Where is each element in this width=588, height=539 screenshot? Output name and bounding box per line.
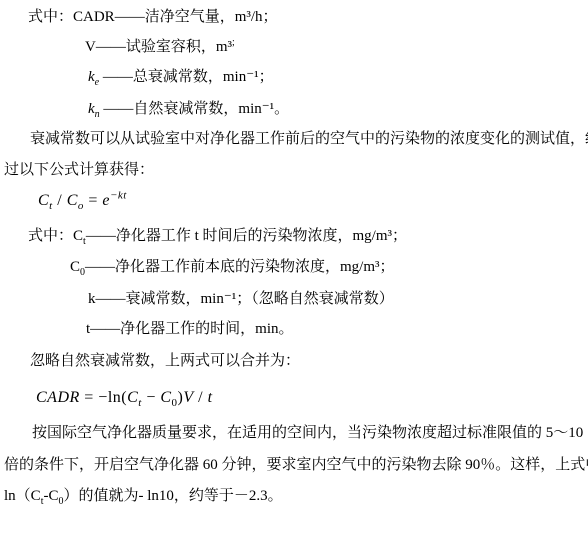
def-desc: ——试验室容积，m³ (96, 39, 232, 55)
def-prefix: 式中： (28, 9, 73, 25)
text-segment: ）的值就为- ln10，约等于－2.3。 (63, 488, 282, 504)
def-desc: ——净化器工作前本底的污染物浓度，mg/m³； (85, 259, 395, 275)
formula-var: t (208, 389, 213, 406)
def-desc: ——净化器工作的时间，min。 (90, 321, 293, 337)
def-prefix: 式中： (28, 228, 73, 244)
formula-operator: / (53, 192, 67, 209)
paragraph-standard-line3: ln（Ct-C0）的值就为- ln10，约等于－2.3。 (4, 485, 283, 507)
def-term: CADR (73, 9, 115, 25)
def-desc: ——自然衰减常数，min⁻¹。 (100, 101, 290, 117)
formula-operator: − (142, 389, 161, 406)
formula-var: C (38, 192, 49, 209)
definition-t: t——净化器工作的时间，min。 (86, 318, 294, 340)
def-desc: ——衰减常数，min⁻¹；（忽略自然衰减常数） (96, 291, 394, 307)
formula-operator: = (84, 192, 103, 209)
def-term: V (85, 39, 96, 55)
def-term: k (88, 101, 95, 117)
definition-v: V——试验室容积，m³; (85, 36, 235, 58)
definition-kn: kn ——自然衰减常数，min⁻¹。 (88, 98, 289, 120)
text-segment: ln（C (4, 488, 41, 504)
definition-ct: 式中：Ct——净化器工作 t 时间后的污染物浓度，mg/m³； (28, 225, 407, 247)
paragraph-decay-line1: 衰减常数可以从试验室中对净化器工作前后的空气中的污染物的浓度变化的测试值，经 (30, 128, 588, 150)
formula-var: C (160, 389, 171, 406)
def-desc: ——总衰减常数，min⁻¹； (99, 69, 274, 85)
definition-ke: ke ——总衰减常数，min⁻¹； (88, 66, 274, 88)
formula-var: CADR (36, 389, 80, 406)
formula-var: C (127, 389, 138, 406)
definition-c0: C0——净化器工作前本底的污染物浓度，mg/m³； (70, 256, 395, 278)
formula-operator: = −ln( (80, 389, 127, 406)
def-desc-superscript: ; (232, 37, 235, 48)
formula-var: V (183, 389, 193, 406)
def-term: C (70, 259, 80, 275)
def-term: C (73, 228, 83, 244)
formula-var: C (67, 192, 78, 209)
def-desc: ——洁净空气量，m³/h； (115, 9, 278, 25)
def-desc: ——净化器工作 t 时间后的污染物浓度，mg/m³； (86, 228, 407, 244)
paragraph-decay-line2: 过以下公式计算获得： (4, 159, 154, 181)
def-term: k (88, 69, 95, 85)
paragraph-standard-line2: 倍的条件下，开启空气净化器 60 分钟，要求室内空气中的污染物去除 90％。这样… (4, 454, 588, 476)
paragraph-merge: 忽略自然衰减常数，上两式可以合并为： (30, 350, 300, 372)
paragraph-standard-line1: 按国际空气净化器质量要求，在适用的空间内，当污染物浓度超过标准限值的 5～10 (32, 422, 583, 444)
formula-decay: Ct / Co = e−kt (38, 190, 127, 212)
def-term: k (88, 291, 96, 307)
document-page: 式中：CADR——洁净空气量，m³/h； V——试验室容积，m³; ke ——总… (0, 0, 588, 539)
definition-cadr: 式中：CADR——洁净空气量，m³/h； (28, 6, 278, 28)
text-segment: -C (43, 488, 58, 504)
definition-k: k——衰减常数，min⁻¹；（忽略自然衰减常数） (88, 288, 394, 310)
formula-exponent: −kt (110, 190, 127, 202)
formula-var: e (102, 192, 110, 209)
formula-cadr: CADR = −ln(Ct − C0)V / t (36, 387, 213, 409)
formula-operator: / (194, 389, 208, 406)
